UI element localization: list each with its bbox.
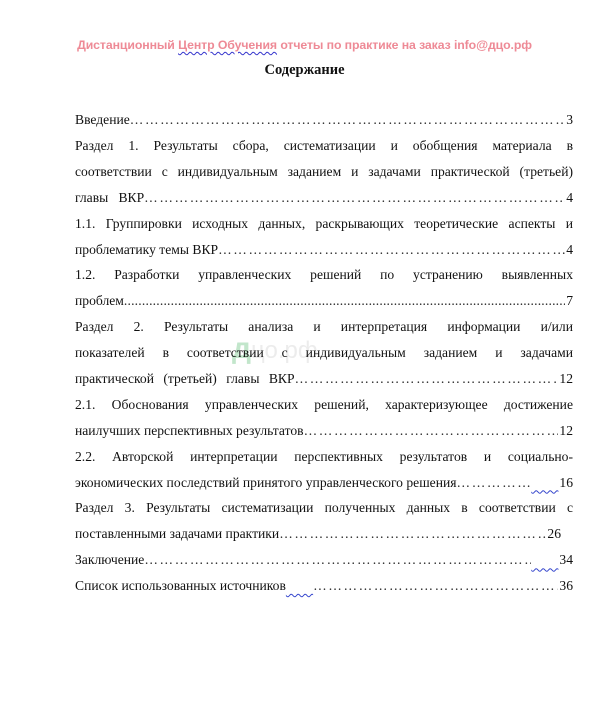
toc-entry-title: Заключение (75, 547, 144, 573)
spellcheck-squiggle: …… (286, 573, 313, 599)
dot-leader (130, 107, 565, 133)
toc-entry-text-line: соответствии с индивидуальным заданием и… (75, 159, 573, 185)
header-watermark: Дистанционный Центр Обучения отчеты по п… (0, 38, 609, 52)
toc-entry-references[interactable]: Список использованных источников……36 (75, 573, 573, 599)
page-number: 7 (565, 288, 573, 314)
toc-entry-section-1-1[interactable]: 1.1. Группировки исходных данных, раскры… (75, 211, 573, 263)
toc-entry-section-2-2[interactable]: 2.2. Авторской интерпретации перспективн… (75, 444, 573, 496)
spellcheck-squiggle: …… (531, 547, 558, 573)
table-of-contents: Введение3 Раздел 1. Результаты сбора, си… (75, 107, 573, 599)
page-number: 12 (558, 366, 573, 392)
toc-entry-section-2[interactable]: Раздел 2. Результаты анализа и интерпрет… (75, 314, 573, 392)
toc-entry-title: экономических последствий принятого упра… (75, 470, 457, 496)
spellcheck-squiggle: …… (531, 470, 558, 496)
page-number: 36 (558, 573, 573, 599)
dot-leader (144, 547, 531, 573)
toc-entry-title: главы ВКР (75, 185, 144, 211)
page-number: 4 (565, 185, 573, 211)
toc-entry-section-1[interactable]: Раздел 1. Результаты сбора, систематизац… (75, 133, 573, 211)
toc-entry-title: поставленными задачами практики (75, 521, 279, 547)
toc-entry-section-1-2[interactable]: 1.2. Разработки управленческих решений п… (75, 262, 573, 314)
dot-leader (144, 185, 565, 211)
dot-leader (304, 418, 559, 444)
toc-entry-title: наилучших перспективных результатов (75, 418, 304, 444)
page-title: Содержание (0, 62, 609, 79)
page-number: 4 (565, 237, 573, 263)
page-number: 3 (565, 107, 573, 133)
page-number: 26 (546, 521, 573, 547)
toc-entry-section-2-1[interactable]: 2.1. Обоснования управленческих решений,… (75, 392, 573, 444)
watermark-text-prefix: Дистанционный (77, 38, 178, 52)
toc-entry-section-3[interactable]: Раздел 3. Результаты систематизации полу… (75, 495, 573, 547)
dot-leader (124, 288, 565, 314)
page-number: 16 (558, 470, 573, 496)
page-number: 34 (558, 547, 573, 573)
watermark-text-underlined: Центр Обучения (178, 38, 277, 52)
toc-entry-text-line: Раздел 3. Результаты систематизации полу… (75, 495, 573, 521)
toc-entry-text-line: показателей в соответствии с индивидуаль… (75, 340, 573, 366)
toc-entry-text-line: 1.1. Группировки исходных данных, раскры… (75, 211, 573, 237)
toc-entry-title: проблематику темы ВКР (75, 237, 218, 263)
dot-leader (295, 366, 559, 392)
dot-leader (457, 470, 532, 496)
dot-leader (279, 521, 546, 547)
toc-entry-title: Список использованных источников (75, 573, 286, 599)
watermark-text-suffix: отчеты по практике на заказ info@дцо.рф (277, 38, 532, 52)
toc-entry-text-line: 2.1. Обоснования управленческих решений,… (75, 392, 573, 418)
toc-entry-text-line: 1.2. Разработки управленческих решений п… (75, 262, 573, 288)
toc-entry-title: практической (третьей) главы ВКР (75, 366, 295, 392)
toc-entry-title: проблем (75, 288, 124, 314)
toc-entry-text-line: 2.2. Авторской интерпретации перспективн… (75, 444, 573, 470)
dot-leader (313, 573, 558, 599)
toc-entry-text-line: Раздел 1. Результаты сбора, систематизац… (75, 133, 573, 159)
dot-leader (218, 237, 565, 263)
toc-entry-text-line: Раздел 2. Результаты анализа и интерпрет… (75, 314, 573, 340)
toc-entry-conclusion[interactable]: Заключение……34 (75, 547, 573, 573)
toc-entry-intro[interactable]: Введение3 (75, 107, 573, 133)
page-number: 12 (558, 418, 573, 444)
toc-entry-title: Введение (75, 107, 130, 133)
